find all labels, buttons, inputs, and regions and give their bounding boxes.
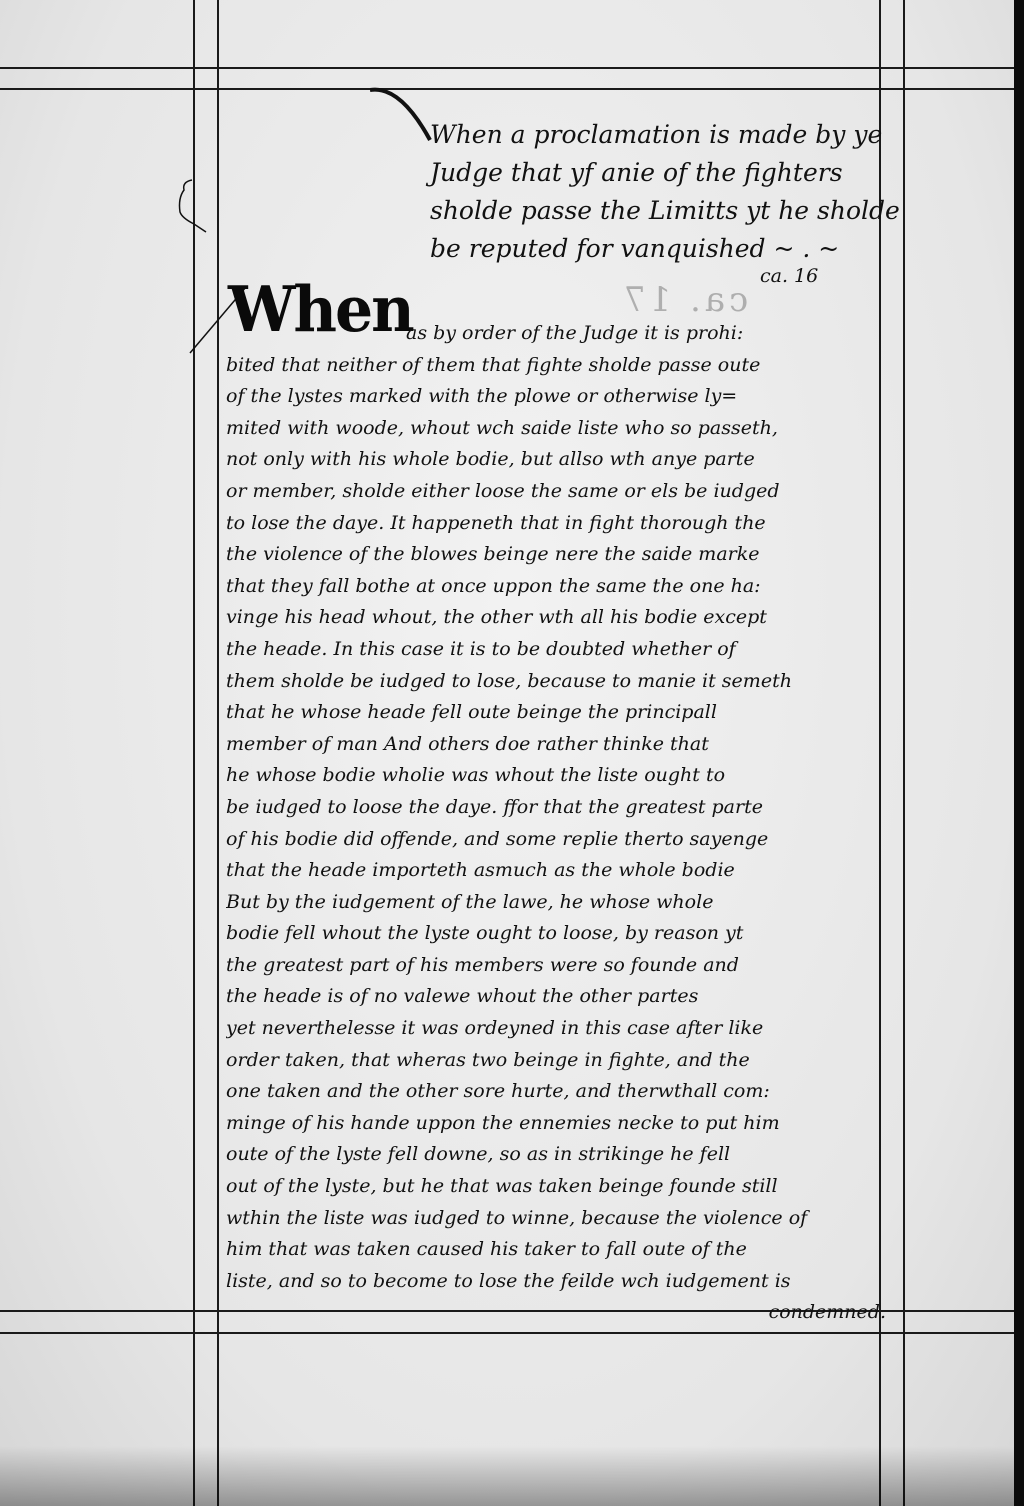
text-line: member of man And others doe rather thin… [226, 729, 906, 761]
show-through-text: ca. 17 [620, 280, 748, 320]
text-line: not only with his whole bodie, but allso… [226, 444, 906, 476]
text-line: vinge his head whout, the other wth all … [226, 602, 906, 634]
text-line: the heade. In this case it is to be doub… [226, 634, 906, 666]
text-line: condemned. [226, 1297, 906, 1329]
heading-line: Judge that yf anie of the fighters [430, 154, 890, 192]
left-inner-margin-rule [217, 0, 219, 1506]
text-line: yet neverthelesse it was ordeyned in thi… [226, 1013, 906, 1045]
heading-line: be reputed for vanquished ~ . ~ [430, 230, 890, 268]
text-line: as by order of the Judge it is prohi: [226, 318, 906, 350]
text-line: that he whose heade fell oute beinge the… [226, 697, 906, 729]
text-line: order taken, that wheras two beinge in f… [226, 1045, 906, 1077]
text-line: bodie fell whout the lyste ought to loos… [226, 918, 906, 950]
text-line: one taken and the other sore hurte, and … [226, 1076, 906, 1108]
text-line: the heade is of no valewe whout the othe… [226, 981, 906, 1013]
text-line: minge of his hande uppon the ennemies ne… [226, 1108, 906, 1140]
text-line: the greatest part of his members were so… [226, 950, 906, 982]
text-line: bited that neither of them that fighte s… [226, 350, 906, 382]
marginal-heading: When a proclamation is made by ye Judge … [430, 116, 890, 268]
manuscript-page: ca. 17 When a proclamation is made by ye… [0, 0, 1024, 1506]
margin-bracket-icon [172, 178, 212, 234]
text-line: of the lystes marked with the plowe or o… [226, 381, 906, 413]
text-line: oute of the lyste fell downe, so as in s… [226, 1139, 906, 1171]
heading-line: sholde passe the Limitts yt he sholde [430, 192, 890, 230]
bottom-shadow [0, 1446, 1024, 1506]
text-line: out of the lyste, but he that was taken … [226, 1171, 906, 1203]
top-outer-rule [0, 67, 1014, 69]
text-line: wthin the liste was iudged to winne, bec… [226, 1203, 906, 1235]
text-line: him that was taken caused his taker to f… [226, 1234, 906, 1266]
body-text: as by order of the Judge it is prohi: bi… [226, 318, 906, 1329]
top-inner-rule [0, 88, 1014, 90]
text-line: or member, sholde either loose the same … [226, 476, 906, 508]
page-edge-border [1014, 0, 1024, 1506]
text-line: that the heade importeth asmuch as the w… [226, 855, 906, 887]
text-line: he whose bodie wholie was whout the list… [226, 760, 906, 792]
folio-mark: ca. 16 [760, 265, 818, 287]
heading-line: When a proclamation is made by ye [430, 116, 890, 154]
bottom-outer-rule [0, 1332, 1014, 1334]
text-line: liste, and so to become to lose the feil… [226, 1266, 906, 1298]
text-line: mited with woode, whout wch saide liste … [226, 413, 906, 445]
text-line: But by the iudgement of the lawe, he who… [226, 887, 906, 919]
text-line: be iudged to loose the daye. ffor that t… [226, 792, 906, 824]
text-line: that they fall bothe at once uppon the s… [226, 571, 906, 603]
text-line: of his bodie did offende, and some repli… [226, 824, 906, 856]
text-line: to lose the daye. It happeneth that in f… [226, 508, 906, 540]
text-line: the violence of the blowes beinge nere t… [226, 539, 906, 571]
text-line: them sholde be iudged to lose, because t… [226, 666, 906, 698]
